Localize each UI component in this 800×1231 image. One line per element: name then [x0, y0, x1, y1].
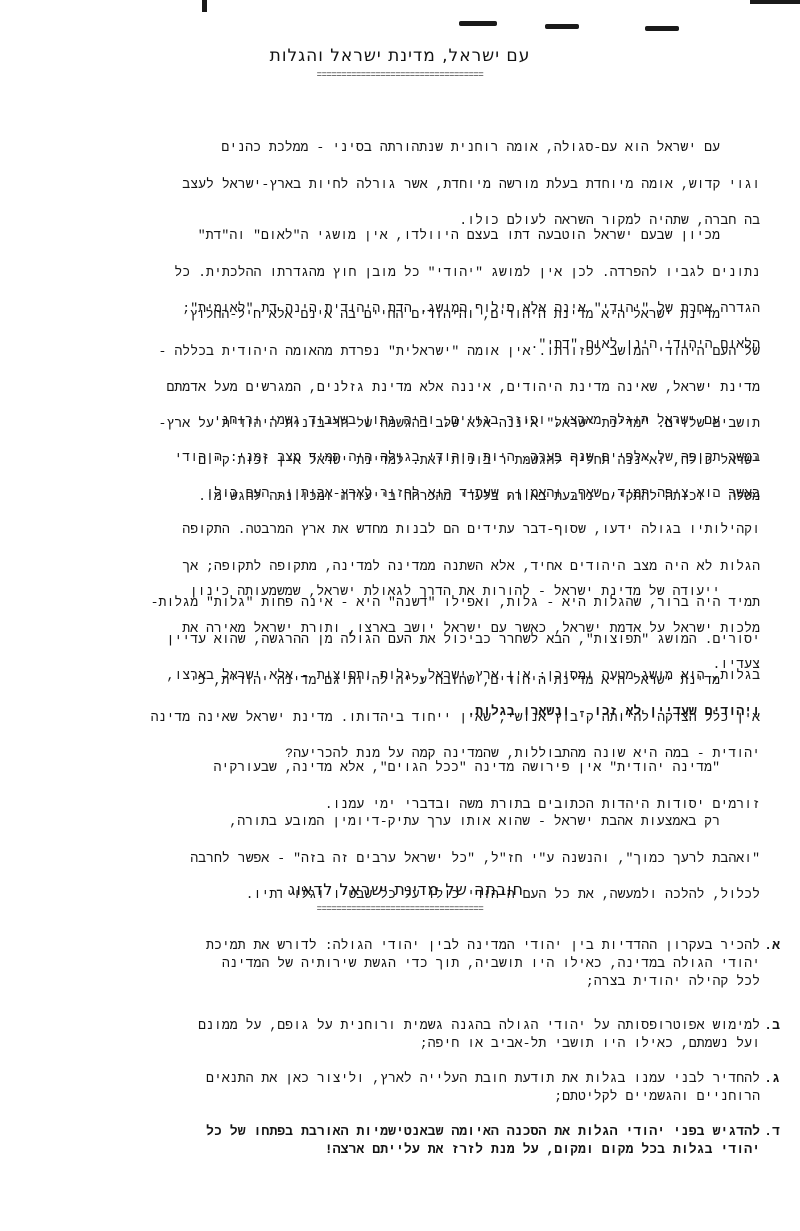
- document-page: עם ישראל, מדינת ישראל והגלות ===========…: [0, 0, 800, 1231]
- paragraph-line: מדינת ישראל היא מדינת היהודים, שחובה עלי…: [70, 672, 760, 690]
- paragraph-line: אין כלל הצדקה להיותה קיבוץ אנושי, שאין י…: [70, 709, 760, 727]
- paragraph-line: "מדינה יהודית" אין פירושה מדינה "ככל הגו…: [70, 759, 760, 777]
- duty-line: יהודי הגולה במדינה, כאילו היו תושביה, תו…: [55, 955, 780, 973]
- duty-line: להכיר בעקרון ההדדיות בין יהודי המדינה לב…: [55, 937, 780, 955]
- scan-mark: [750, 0, 800, 4]
- paragraph-line: של העם היהודי המושב לפזורתו. אין אומה "י…: [70, 343, 760, 361]
- paragraph-line: נתונים לגביו להפרדה. לכן אין למושג "יהוד…: [70, 264, 760, 282]
- duty-letter: ד.: [764, 1123, 780, 1141]
- paragraph-line: באשר הוא ציפה תמיד, שאף, והאמין, שעתיד ה…: [70, 485, 760, 503]
- scan-mark: [545, 24, 579, 29]
- paragraph-line: במשך תקופה של אלפיים שנה בערך. היות היהו…: [70, 449, 760, 467]
- duty-item: ב. למימוש אפוטרופסותה על יהודי הגולה בהג…: [55, 1017, 780, 1053]
- duty-line: ועל נשמתם, כאילו היו תושבי תל-אביב או חי…: [55, 1035, 780, 1053]
- duty-item: א. להכיר בעקרון ההדדיות בין יהודי המדינה…: [55, 937, 780, 992]
- section-underline: ==================================: [0, 904, 800, 914]
- scan-mark: [202, 0, 207, 12]
- scan-mark: [645, 26, 679, 31]
- duty-line: להדגיש בפני יהודי הגלות את הסכנה האיומה …: [55, 1123, 780, 1141]
- duty-line: להחדיר לבני עמנו בגלות את תודעת חובת העל…: [55, 1070, 780, 1088]
- paragraph-line: עם ישראל הוא עם-סגולה, אומה רוחנית שנתהו…: [70, 139, 760, 157]
- duty-item: ד. להדגיש בפני יהודי הגלות את הסכנה האיו…: [55, 1123, 780, 1159]
- paragraph-line: וגוי קדוש, אומה מיוחדת בעלת מורשה מיוחדת…: [70, 176, 760, 194]
- paragraph-line: "ואהבת לרעך כמוך", והנשנה ע"י חז"ל, "כל …: [70, 850, 760, 868]
- scan-mark: [459, 21, 497, 26]
- duty-letter: ב.: [764, 1017, 780, 1035]
- paragraph-line: מדינת ישראל היא מדינת היהודים, והיהודים …: [70, 306, 760, 324]
- document-title: עם ישראל, מדינת ישראל והגלות: [0, 46, 800, 66]
- duty-line: הרוחניים והגשמיים לקליטתם;: [55, 1088, 780, 1106]
- paragraph-line: ייעודה של מדינת ישראל - להורות את הדרך ל…: [70, 583, 760, 601]
- duty-line: לכל קהילה יהודית בצרה;: [55, 973, 780, 991]
- paragraph-line: רק באמצעות אהבת ישראל - שהוא אותו ערך עת…: [70, 813, 760, 831]
- paragraph-line: מלכות ישראל על אדמת ישראל, כאשר עם ישראל…: [70, 620, 760, 638]
- duty-line: יהודי בגלות בכל מקום ומקום, על מנת לזרז …: [55, 1141, 780, 1159]
- paragraph-line: עם ישראל הוגלה מארצו, ופוזר בגויים, והיה…: [70, 412, 760, 430]
- duty-line: למימוש אפוטרופסותה על יהודי הגולה בהגנה …: [55, 1017, 780, 1035]
- title-underline: ==================================: [0, 70, 800, 80]
- duty-item: ג. להחדיר לבני עמנו בגלות את תודעת חובת …: [55, 1070, 780, 1106]
- duty-letter: ג.: [764, 1070, 780, 1088]
- duty-letter: א.: [764, 937, 780, 955]
- paragraph-line: מכיון שבעם ישראל הוטבעה דתו בעצם היוולדו…: [70, 227, 760, 245]
- section-title: חובתה של מדינת ישראל לדאוג -: [0, 880, 800, 899]
- paragraph-line: וקהילותיו בגולה ידעו, שסוף-דבר עתידים הם…: [70, 521, 760, 539]
